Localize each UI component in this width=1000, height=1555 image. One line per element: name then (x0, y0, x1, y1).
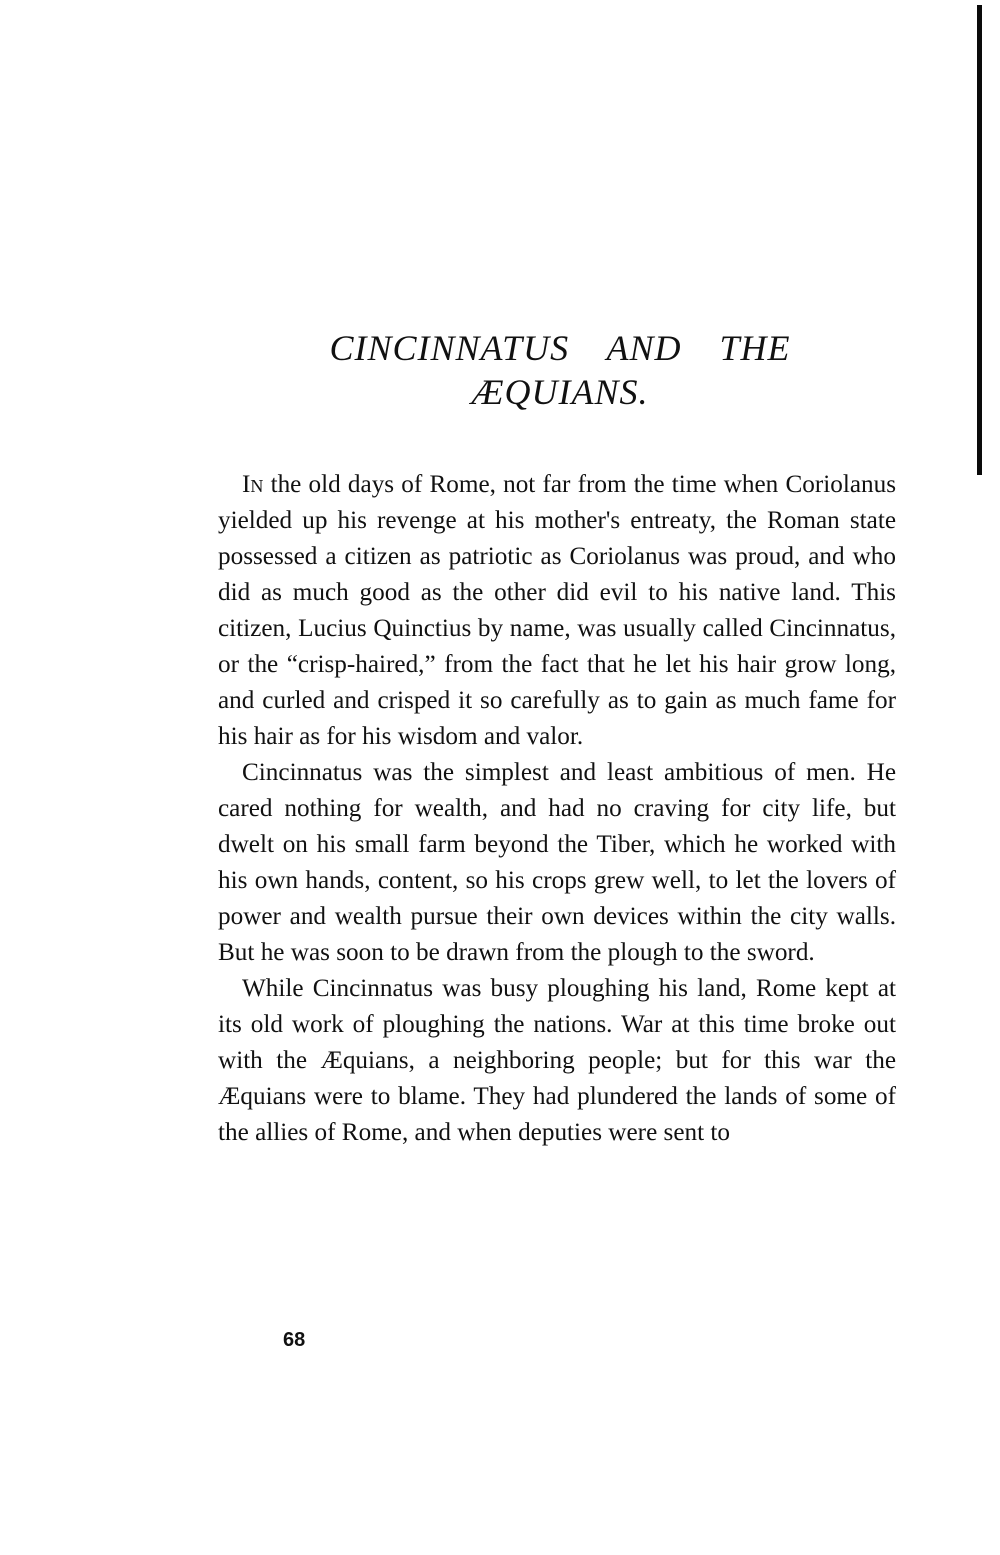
chapter-title: CINCINNATUS AND THE ÆQUIANS. (270, 326, 850, 414)
paragraph-1: In the old days of Rome, not far from th… (218, 467, 896, 755)
chapter-title-line-1: CINCINNATUS AND THE (270, 326, 850, 370)
chapter-title-line-2: ÆQUIANS. (270, 370, 850, 414)
paragraph-3: While Cincinnatus was busy ploughing his… (218, 971, 896, 1151)
page-edge-shadow (977, 5, 982, 475)
paragraph-2: Cincinnatus was the simplest and least a… (218, 755, 896, 971)
drop-word: In (242, 471, 263, 498)
chapter-body: In the old days of Rome, not far from th… (218, 467, 896, 1151)
page-number: 68 (283, 1329, 305, 1352)
paragraph-1-text: the old days of Rome, not far from the t… (218, 471, 896, 750)
